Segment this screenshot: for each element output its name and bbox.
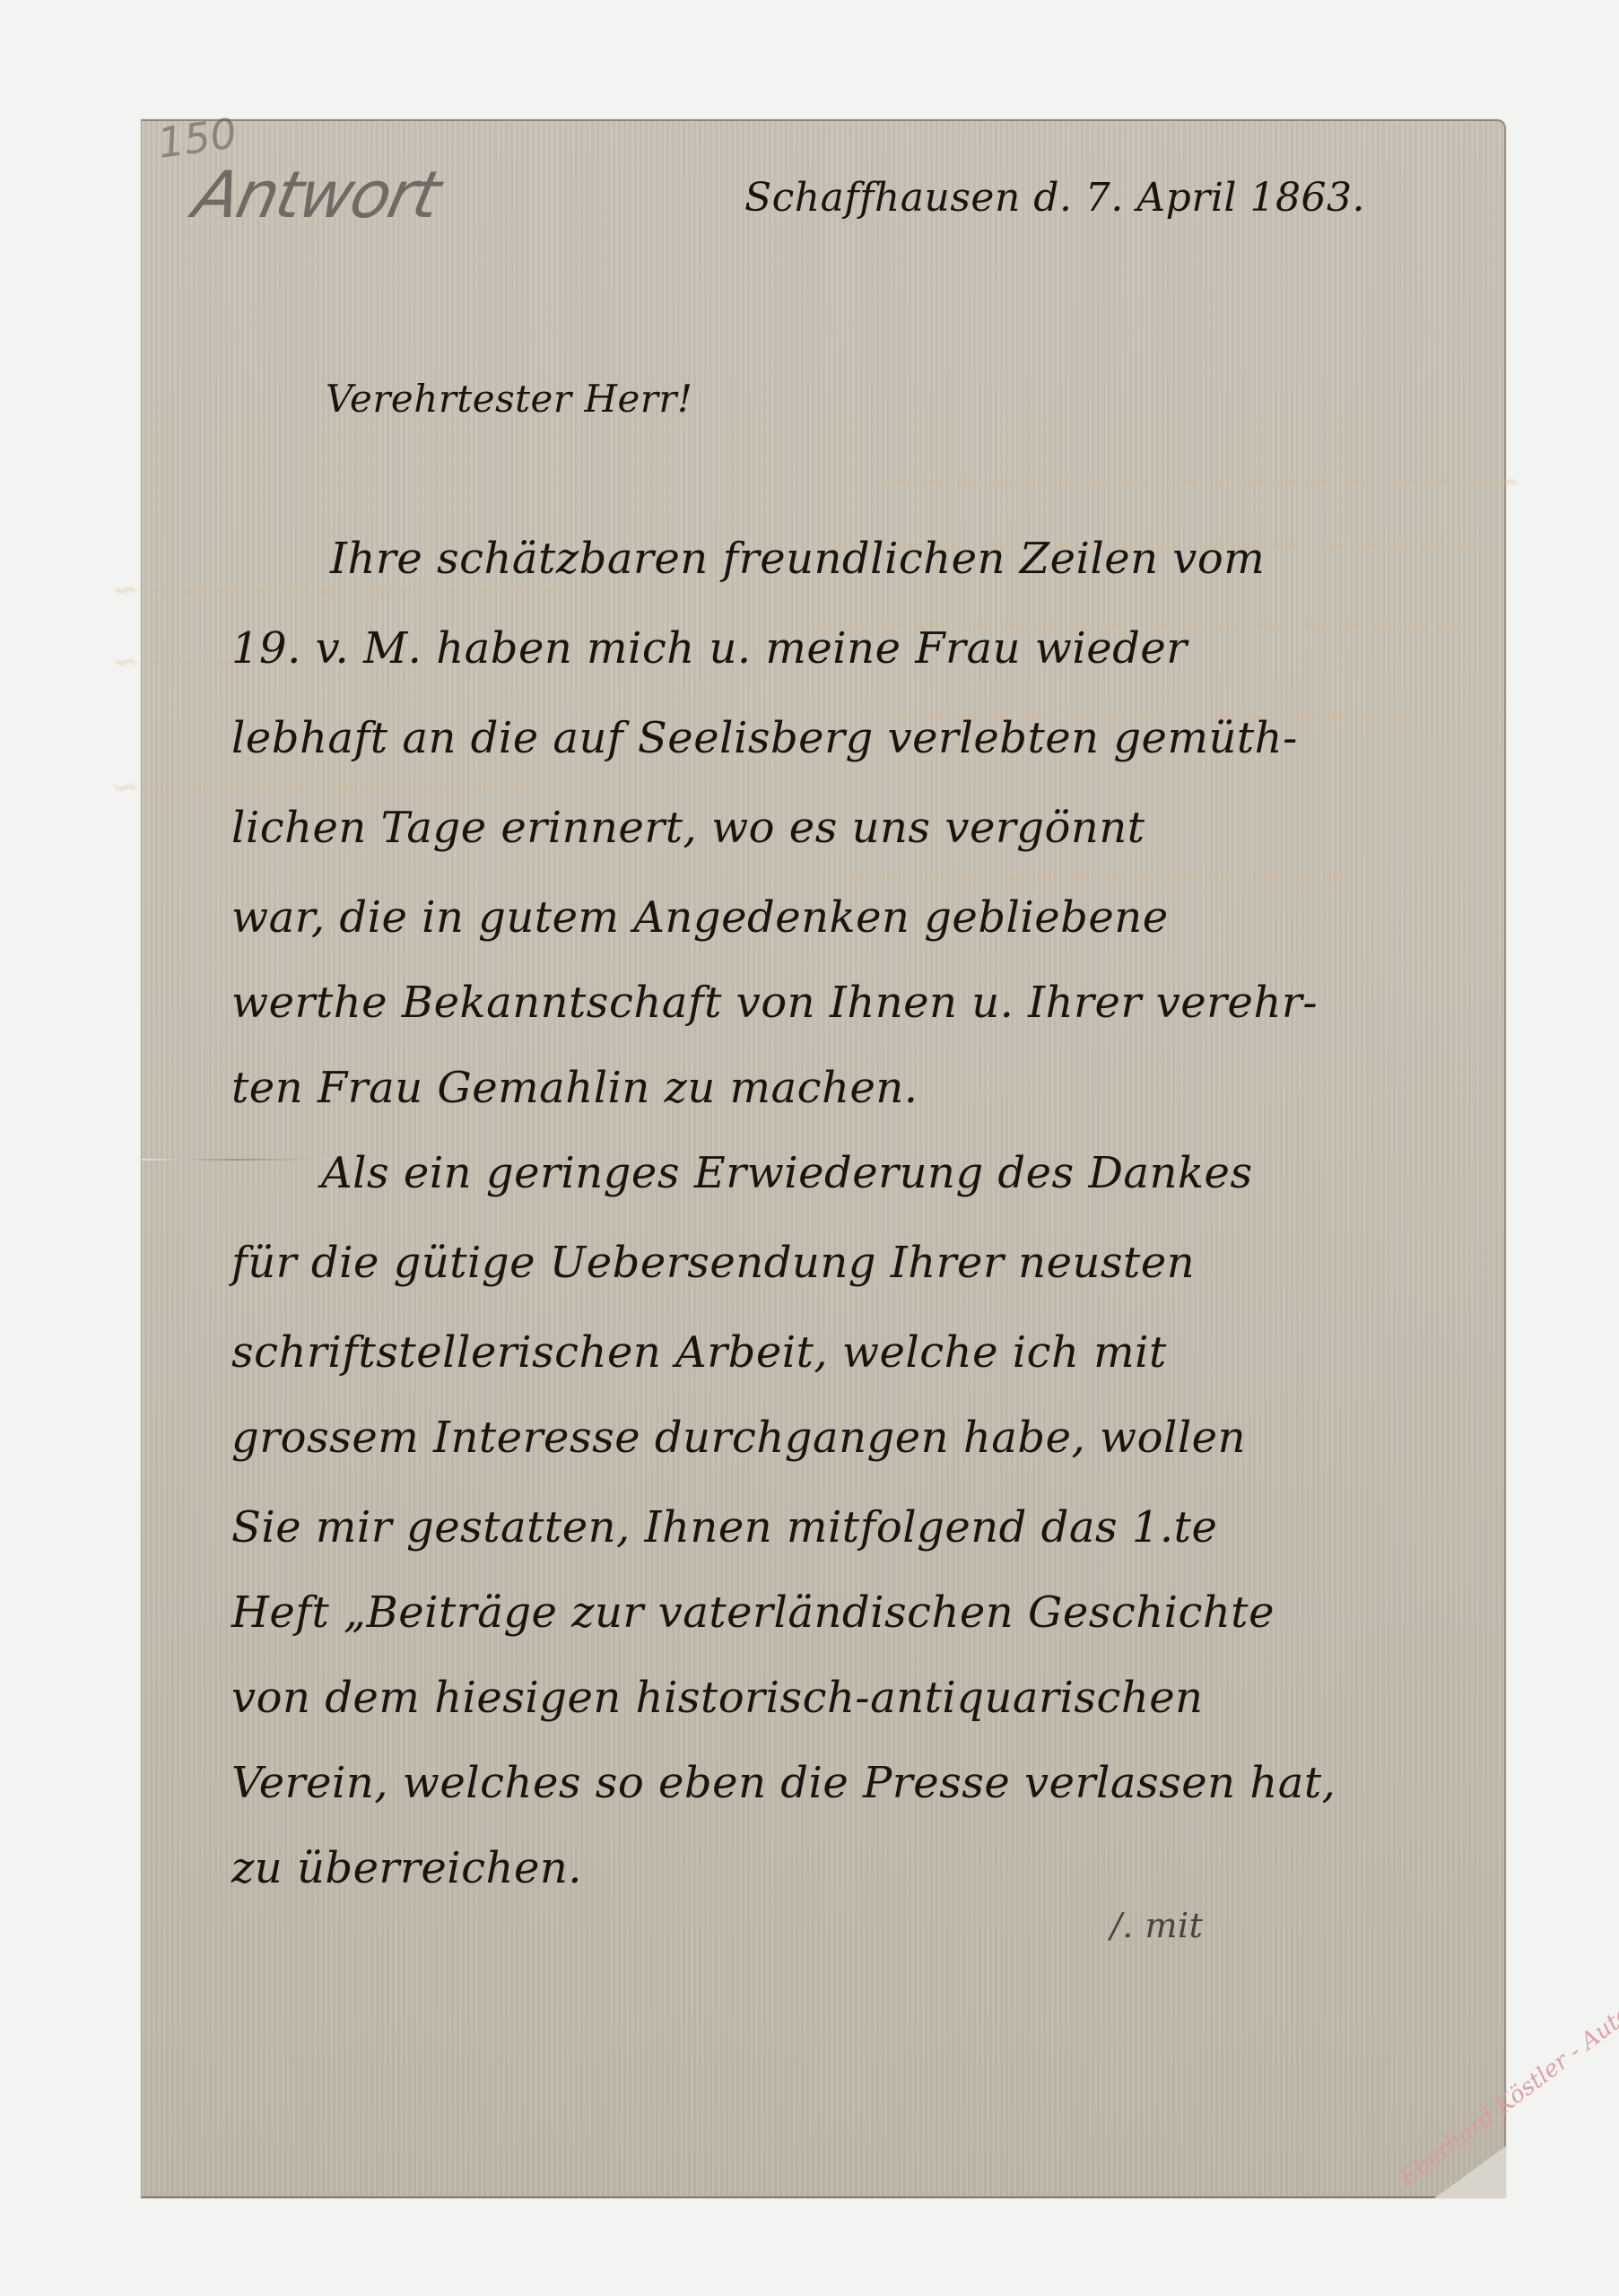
bleed-through-text: ~~~~~~ ~~~~~~	[106, 767, 529, 806]
closing-text: /. mit	[1110, 1906, 1203, 1945]
letter-line: lichen Tage erinnert, wo es uns vergönnt	[231, 803, 1145, 853]
letter-line: Heft „Beiträge zur vaterländischen Gesch…	[231, 1587, 1275, 1638]
bleed-through-text: ~~~ ~~~~~~~ ~~~~	[841, 857, 1349, 896]
letter-line: war, die in gutem Angedenken gebliebene	[231, 892, 1169, 943]
letter-page: ~~~~ ~~~~~~ ~~~~~~~~ ~~~~~ ~~~ ~~~~~~ ~~…	[141, 119, 1506, 2198]
letter-line: schriftstellerischen Arbeit, welche ich …	[231, 1327, 1167, 1378]
letter-line: grossem Interesse durchgangen habe, woll…	[231, 1413, 1246, 1463]
horizontal-fold-crease	[142, 1159, 330, 1161]
letter-line: Sie mir gestatten, Ihnen mitfolgend das …	[231, 1502, 1217, 1552]
letter-line: zu überreichen.	[231, 1843, 582, 1893]
letter-line: werthe Bekanntschaft von Ihnen u. Ihrer …	[231, 978, 1318, 1028]
letter-line: ten Frau Gemahlin zu machen.	[231, 1063, 918, 1113]
place-date-line: Schaffhausen d. 7. April 1863.	[744, 175, 1365, 221]
letter-line: für die gütige Uebersendung Ihrer neuste…	[231, 1238, 1195, 1288]
letter-line: 19. v. M. haben mich u. meine Frau wiede…	[231, 623, 1188, 674]
letter-line: lebhaft an die auf Seelisberg verlebten …	[231, 713, 1298, 763]
pencil-note-antwort: Antwort	[187, 157, 446, 232]
letter-line: Verein, welches so eben die Presse verla…	[231, 1758, 1336, 1808]
bleed-through-text: ~~~~ ~~~~~~ ~~~~~~~~	[877, 462, 1520, 501]
letter-line: von dem hiesigen historisch-antiquarisch…	[231, 1673, 1204, 1723]
salutation: Verehrtester Herr!	[326, 377, 692, 421]
letter-line: Ihre schätzbaren freundlichen Zeilen vom	[330, 534, 1265, 584]
letter-line: Als ein geringes Erwiederung des Dankes	[321, 1148, 1253, 1198]
